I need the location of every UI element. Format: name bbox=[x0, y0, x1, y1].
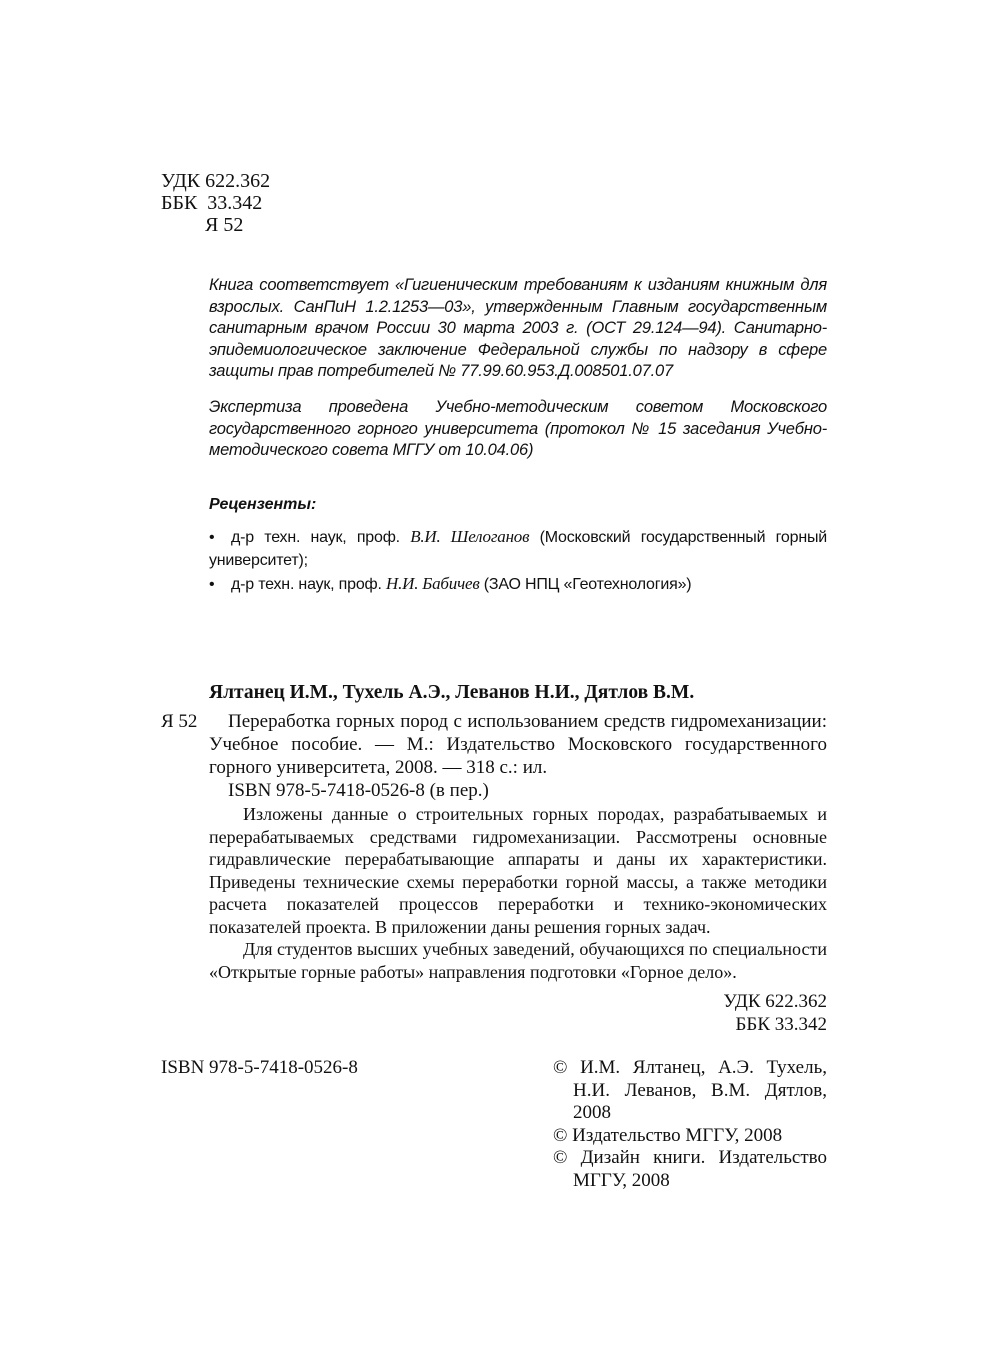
copyright-authors: © И.М. Ялтанец, А.Э. Тухель, Н.И. Левано… bbox=[553, 1057, 827, 1125]
copyright-design: © Дизайн книги. Издательство МГГУ, 2008 bbox=[553, 1147, 827, 1192]
bullet-icon: • bbox=[209, 573, 231, 596]
hygiene-note: Книга соответствует «Гигиеническим требо… bbox=[209, 275, 827, 383]
reviewer-item: •д-р техн. наук, проф. Н.И. Бабичев (ЗАО… bbox=[209, 572, 827, 596]
audience-paragraph: Для студентов высших учебных заведений, … bbox=[209, 938, 827, 983]
abstract-paragraph: Изложены данные о строительных горных по… bbox=[209, 803, 827, 938]
footer-codes: УДК 622.362 ББК 33.342 bbox=[723, 990, 827, 1036]
footer-udk: УДК 622.362 bbox=[723, 990, 827, 1013]
reviewers-section: Рецензенты: •д-р техн. наук, проф. В.И. … bbox=[209, 493, 827, 596]
reviewers-list: •д-р техн. наук, проф. В.И. Шелоганов (М… bbox=[209, 525, 827, 596]
bibliographic-entry: Я 52 Переработка горных пород с использо… bbox=[161, 710, 827, 802]
udk-code: УДК 622.362 bbox=[161, 170, 270, 192]
entry-code: Я 52 bbox=[161, 710, 197, 733]
footer-bbk: ББК 33.342 bbox=[723, 1013, 827, 1036]
copyright-publisher: © Издательство МГГУ, 2008 bbox=[553, 1125, 827, 1148]
reviewer-name: Н.И. Бабичев bbox=[386, 574, 480, 593]
isbn: ISBN 978-5-7418-0526-8 bbox=[161, 1057, 358, 1079]
bullet-icon: • bbox=[209, 526, 231, 549]
author-mark: Я 52 bbox=[161, 214, 270, 236]
reviewer-name: В.И. Шелоганов bbox=[410, 527, 529, 546]
expertise-note: Экспертиза проведена Учебно-методическим… bbox=[209, 397, 827, 462]
reviewer-item: •д-р техн. наук, проф. В.И. Шелоганов (М… bbox=[209, 525, 827, 572]
reviewers-heading: Рецензенты: bbox=[209, 493, 827, 516]
entry-description: Переработка горных пород с использование… bbox=[209, 710, 827, 779]
entry-isbn: ISBN 978-5-7418-0526-8 (в пер.) bbox=[228, 779, 827, 802]
bbk-code: ББК 33.342 bbox=[161, 192, 270, 214]
book-authors: Ялтанец И.М., Тухель А.Э., Леванов Н.И.,… bbox=[209, 682, 694, 704]
classification-codes: УДК 622.362 ББК 33.342 Я 52 bbox=[161, 170, 270, 236]
abstract: Изложены данные о строительных горных по… bbox=[209, 803, 827, 983]
copyright-block: © И.М. Ялтанец, А.Э. Тухель, Н.И. Левано… bbox=[553, 1057, 827, 1192]
